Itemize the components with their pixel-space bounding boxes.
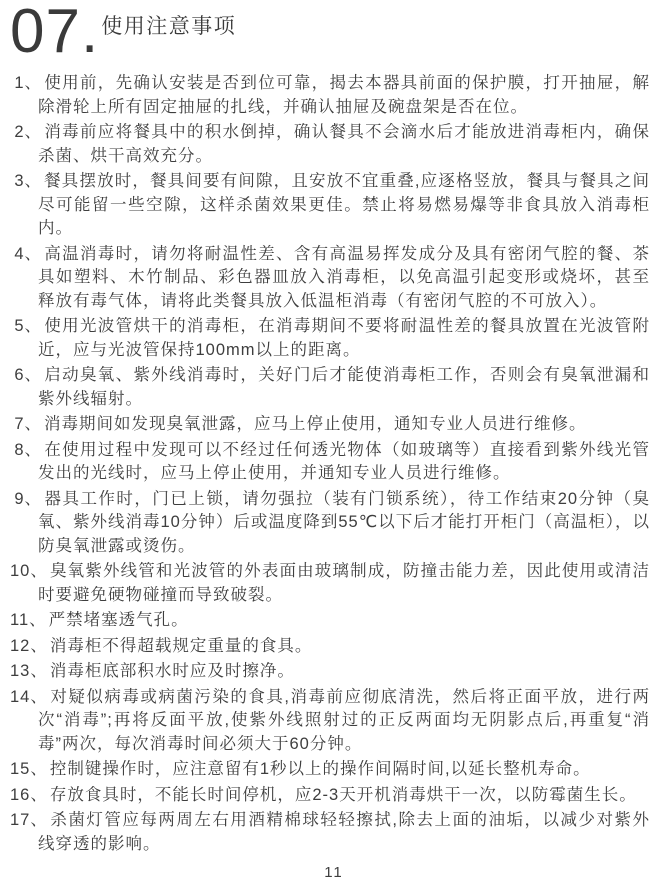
- item-text: 消毒期间如发现臭氧泄露，应马上停止使用，通知专业人员进行维修。: [44, 415, 587, 433]
- item-number: 11、: [10, 609, 47, 633]
- list-item: 8、在使用过程中发现可以不经过任何透光物体（如玻璃等）直接看到紫外线光管发出的光…: [10, 439, 650, 486]
- section-number: 07.: [10, 5, 99, 58]
- item-text: 消毒柜不得超载规定重量的食具。: [50, 637, 313, 655]
- item-number: 12、: [10, 635, 48, 659]
- item-text: 控制键操作时，应注意留有1秒以上的操作间隔时间,以延长整机寿命。: [50, 760, 591, 778]
- item-text: 消毒柜底部积水时应及时擦净。: [50, 662, 295, 680]
- list-item: 7、消毒期间如发现臭氧泄露，应马上停止使用，通知专业人员进行维修。: [10, 413, 650, 437]
- item-text: 高温消毒时，请勿将耐温性差、含有高温易挥发成分及具有密闭气腔的餐、茶具如塑料、木…: [38, 245, 650, 310]
- item-text: 使用光波管烘干的消毒柜，在消毒期间不要将耐温性差的餐具放置在光波管附近，应与光波…: [38, 317, 650, 359]
- item-number: 1、: [10, 72, 42, 96]
- list-item: 4、高温消毒时，请勿将耐温性差、含有高温易挥发成分及具有密闭气腔的餐、茶具如塑料…: [10, 243, 650, 314]
- list-item: 14、对疑似病毒或病菌污染的食具,消毒前应彻底清洗，然后将正面平放，进行两次“消…: [10, 686, 650, 757]
- list-item: 3、餐具摆放时，餐具间要有间隙，且安放不宜重叠,应逐格竖放，餐具与餐具之间尽可能…: [10, 170, 650, 241]
- item-text: 使用前，先确认安装是否到位可靠，揭去本器具前面的保护膜，打开抽屉，解除滑轮上所有…: [38, 74, 650, 116]
- list-item: 1、使用前，先确认安装是否到位可靠，揭去本器具前面的保护膜，打开抽屉，解除滑轮上…: [10, 72, 650, 119]
- item-text: 器具工作时，门已上锁，请勿强拉（装有门锁系统），待工作结束20分钟（臭氧、紫外线…: [38, 490, 650, 555]
- item-number: 6、: [10, 364, 42, 388]
- page-footer: 11: [0, 864, 668, 881]
- item-number: 16、: [10, 784, 48, 808]
- item-number: 17、: [10, 809, 48, 833]
- item-number: 9、: [10, 488, 42, 512]
- item-number: 4、: [10, 243, 42, 267]
- list-item: 12、消毒柜不得超载规定重量的食具。: [10, 635, 650, 659]
- list-item: 11、严禁堵塞透气孔。: [10, 609, 650, 633]
- list-item: 2、消毒前应将餐具中的积水倒掉，确认餐具不会滴水后才能放进消毒柜内，确保杀菌、烘…: [10, 121, 650, 168]
- item-number: 5、: [10, 315, 42, 339]
- item-text: 餐具摆放时，餐具间要有间隙，且安放不宜重叠,应逐格竖放，餐具与餐具之间尽可能留一…: [38, 172, 650, 237]
- page-title: 使用注意事项: [101, 10, 236, 40]
- section-header: 07. 使用注意事项: [10, 5, 650, 63]
- precautions-list: 1、使用前，先确认安装是否到位可靠，揭去本器具前面的保护膜，打开抽屉，解除滑轮上…: [10, 72, 650, 856]
- list-item: 5、使用光波管烘干的消毒柜，在消毒期间不要将耐温性差的餐具放置在光波管附近，应与…: [10, 315, 650, 362]
- item-text: 启动臭氧、紫外线消毒时，关好门后才能使消毒柜工作，否则会有臭氧泄漏和紫外线辐射。: [38, 366, 650, 408]
- list-item: 13、消毒柜底部积水时应及时擦净。: [10, 660, 650, 684]
- item-text: 存放食具时，不能长时间停机，应2-3天开机消毒烘干一次，以防霉菌生长。: [50, 786, 637, 804]
- page-number: 11: [324, 864, 344, 881]
- item-number: 2、: [10, 121, 42, 145]
- item-number: 15、: [10, 758, 48, 782]
- list-item: 17、杀菌灯管应每两周左右用酒精棉球轻轻擦拭,除去上面的油垢，以减少对紫外线穿透…: [10, 809, 650, 856]
- item-text: 臭氧紫外线管和光波管的外表面由玻璃制成，防撞击能力差，因此使用或清洁时要避免硬物…: [38, 562, 650, 604]
- item-text: 杀菌灯管应每两周左右用酒精棉球轻轻擦拭,除去上面的油垢，以减少对紫外线穿透的影响…: [38, 811, 650, 853]
- list-item: 6、启动臭氧、紫外线消毒时，关好门后才能使消毒柜工作，否则会有臭氧泄漏和紫外线辐…: [10, 364, 650, 411]
- item-number: 7、: [10, 413, 42, 437]
- item-text: 严禁堵塞透气孔。: [49, 611, 189, 629]
- list-item: 9、器具工作时，门已上锁，请勿强拉（装有门锁系统），待工作结束20分钟（臭氧、紫…: [10, 488, 650, 559]
- list-item: 15、控制键操作时，应注意留有1秒以上的操作间隔时间,以延长整机寿命。: [10, 758, 650, 782]
- list-item: 10、臭氧紫外线管和光波管的外表面由玻璃制成，防撞击能力差，因此使用或清洁时要避…: [10, 560, 650, 607]
- item-number: 8、: [10, 439, 42, 463]
- list-item: 16、存放食具时，不能长时间停机，应2-3天开机消毒烘干一次，以防霉菌生长。: [10, 784, 650, 808]
- item-number: 14、: [10, 686, 48, 710]
- item-number: 3、: [10, 170, 42, 194]
- item-text: 在使用过程中发现可以不经过任何透光物体（如玻璃等）直接看到紫外线光管发出的光线时…: [38, 441, 650, 483]
- item-text: 消毒前应将餐具中的积水倒掉，确认餐具不会滴水后才能放进消毒柜内，确保杀菌、烘干高…: [38, 123, 650, 165]
- item-number: 10、: [10, 560, 48, 584]
- item-text: 对疑似病毒或病菌污染的食具,消毒前应彻底清洗，然后将正面平放，进行两次“消毒”;…: [38, 688, 650, 753]
- manual-page: 07. 使用注意事项 1、使用前，先确认安装是否到位可靠，揭去本器具前面的保护膜…: [0, 0, 668, 889]
- item-number: 13、: [10, 660, 48, 684]
